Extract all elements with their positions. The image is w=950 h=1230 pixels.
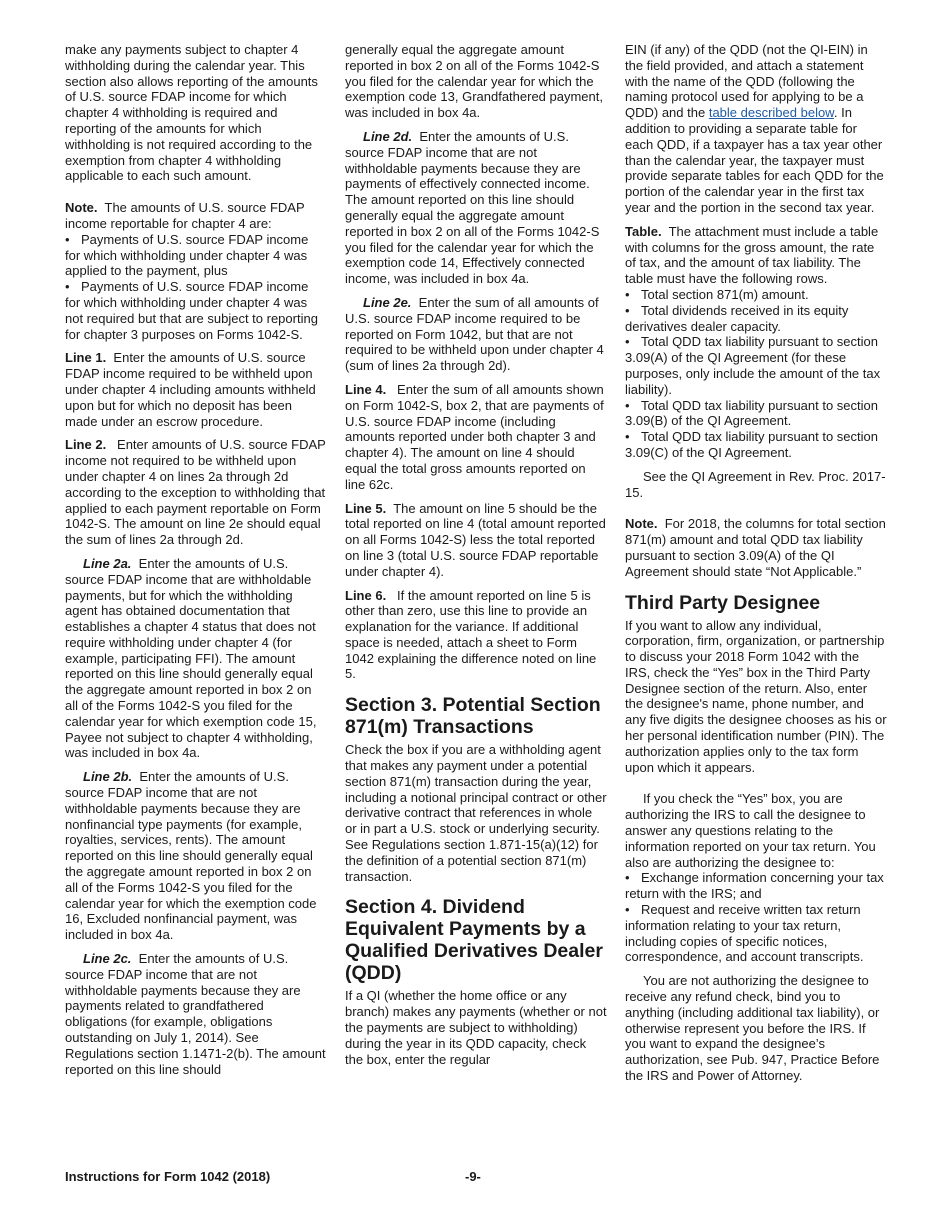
list-item: •Request and receive written tax return … [625,902,887,965]
tpd-paragraph-1: If you want to allow any individual, cor… [625,618,887,776]
tpd-paragraph-3: You are not authorizing the designee to … [625,973,887,1084]
bullet-icon: • [65,279,81,295]
line-4-paragraph: Line 4. Enter the sum of all amounts sho… [345,382,607,493]
bullet-icon: • [65,232,81,248]
line-5-label: Line 5. [345,501,386,516]
line-2-label: Line 2. [65,437,106,452]
qdd-continued-paragraph: EIN (if any) of the QDD (not the QI-EIN)… [625,42,887,216]
list-item: •Payments of U.S. source FDAP income for… [65,279,327,342]
line-4-label: Line 4. [345,382,386,397]
line-2a-label: Line 2a. [83,556,131,571]
section-3-heading: Section 3. Potential Section 871(m) Tran… [345,694,607,738]
line-6-paragraph: Line 6. If the amount reported on line 5… [345,588,607,683]
line-1-paragraph: Line 1. Enter the amounts of U.S. source… [65,350,327,429]
note-2018-paragraph: Note. For 2018, the columns for total se… [625,516,887,579]
third-party-designee-heading: Third Party Designee [625,592,887,614]
column-middle: generally equal the aggregate amount rep… [345,42,607,1075]
list-item: •Total QDD tax liability pursuant to sec… [625,334,887,397]
bullet-icon: • [625,303,641,319]
line-6-label: Line 6. [345,588,386,603]
section-4-paragraph: If a QI (whether the home office or any … [345,988,607,1067]
line-1-label: Line 1. [65,350,106,365]
line-2c-label: Line 2c. [83,951,131,966]
table-label: Table. [625,224,662,239]
line-5-paragraph: Line 5. The amount on line 5 should be t… [345,501,607,580]
line-2c-paragraph: Line 2c. Enter the amounts of U.S. sourc… [65,951,327,1077]
section-3-paragraph: Check the box if you are a withholding a… [345,742,607,884]
note-bullet-list: •Payments of U.S. source FDAP income for… [65,232,327,343]
bullet-icon: • [625,398,641,414]
list-item: •Total QDD tax liability pursuant to sec… [625,429,887,461]
line-2b-label: Line 2b. [83,769,132,784]
note-paragraph: Note. The amounts of U.S. source FDAP in… [65,200,327,232]
see-qi-agreement: See the QI Agreement in Rev. Proc. 2017-… [625,469,887,501]
column-left: make any payments subject to chapter 4 w… [65,42,327,1085]
tpd-paragraph-2: If you check the “Yes” box, you are auth… [625,791,887,870]
bullet-icon: • [625,334,641,350]
intro-paragraph: make any payments subject to chapter 4 w… [65,42,327,184]
note-label: Note. [65,200,98,215]
bullet-icon: • [625,902,641,918]
line-2e-label: Line 2e. [363,295,411,310]
table-described-below-link[interactable]: table described below [709,105,834,120]
tpd-bullet-list: •Exchange information concerning your ta… [625,870,887,965]
note-label: Note. [625,516,658,531]
footer-document-title: Instructions for Form 1042 (2018) [65,1169,270,1184]
list-item: •Exchange information concerning your ta… [625,870,887,902]
line-2-paragraph: Line 2. Enter amounts of U.S. source FDA… [65,437,327,548]
section-4-heading: Section 4. Dividend Equivalent Payments … [345,896,607,984]
table-rows-list: •Total section 871(m) amount. •Total div… [625,287,887,461]
note-text: The amounts of U.S. source FDAP income r… [65,200,304,231]
list-item: •Payments of U.S. source FDAP income for… [65,232,327,279]
list-item: •Total QDD tax liability pursuant to sec… [625,398,887,430]
bullet-icon: • [625,870,641,886]
list-item: •Total dividends received in its equity … [625,303,887,335]
line-2d-paragraph: Line 2d. Enter the amounts of U.S. sourc… [345,129,607,287]
line-2a-paragraph: Line 2a. Enter the amounts of U.S. sourc… [65,556,327,761]
page-number: -9- [465,1169,481,1184]
line-2e-paragraph: Line 2e. Enter the sum of all amounts of… [345,295,607,374]
line-2b-paragraph: Line 2b. Enter the amounts of U.S. sourc… [65,769,327,943]
table-paragraph: Table. The attachment must include a tab… [625,224,887,287]
column-right: EIN (if any) of the QDD (not the QI-EIN)… [625,42,887,1092]
bullet-icon: • [625,287,641,303]
continued-paragraph: generally equal the aggregate amount rep… [345,42,607,121]
line-2d-label: Line 2d. [363,129,412,144]
bullet-icon: • [625,429,641,445]
list-item: •Total section 871(m) amount. [625,287,887,303]
